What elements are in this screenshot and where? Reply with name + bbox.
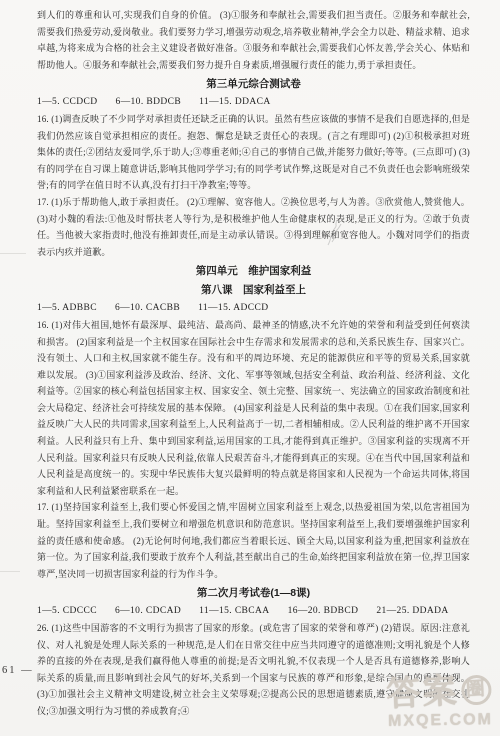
answer-key-line: 1—5. CCDCD6—10. BDDCB11—15. DDACA bbox=[37, 94, 470, 111]
answer-key-line: 1—5. CDCCC6—10. CDCAD11—15. CBCAA16—20. … bbox=[37, 603, 470, 620]
answer-group: 6—10. BDDCB bbox=[115, 97, 181, 107]
page-number: 61 — bbox=[2, 665, 34, 676]
page-content: 到人们的尊重和认可,实现我们自身的价值。 (3)①服务和奉献社会,需要我们担当责… bbox=[37, 7, 470, 720]
answer-group: 16—20. BDBCD bbox=[288, 606, 359, 616]
watermark: 答案 圈 MXQE.COM bbox=[386, 671, 494, 732]
answer-group: 21—25. DDADA bbox=[376, 606, 448, 616]
answer-paragraph: 16. (1)对伟大祖国,她怀有最深厚、最纯洁、最高尚、最神圣的情感,决不允许她… bbox=[37, 317, 470, 500]
answer-key-line: 1—5. ADBBC6—10. CACBB11—15. ADCCD bbox=[37, 300, 470, 317]
answer-key-page: 到人们的尊重和认可,实现我们自身的价值。 (3)①服务和奉献社会,需要我们担当责… bbox=[0, 0, 500, 736]
answer-group: 6—10. CACBB bbox=[115, 303, 180, 313]
answer-group: 6—10. CDCAD bbox=[115, 606, 181, 616]
watermark-brand: 答案 圈 bbox=[386, 671, 493, 712]
pencil-scribble-icon bbox=[322, 218, 348, 248]
answer-paragraph: 17. (1)乐于帮助他人,敢于承担责任。 (2)①理解、宽容他人。②换位思考,… bbox=[37, 194, 470, 260]
answer-group: 1—5. CDCCC bbox=[37, 606, 97, 616]
watermark-brand-text: 答案 bbox=[386, 673, 460, 713]
watermark-site-text: MXQE.COM bbox=[388, 711, 493, 731]
answer-paragraph: 到人们的尊重和认可,实现我们自身的价值。 (3)①服务和奉献社会,需要我们担当责… bbox=[37, 7, 470, 73]
scan-artifact bbox=[0, 571, 20, 572]
answer-group: 11—15. DDACA bbox=[199, 97, 270, 107]
answer-group: 1—5. CCDCD bbox=[37, 97, 97, 107]
section-heading: 第三单元综合测试卷 bbox=[37, 76, 470, 92]
scan-artifact bbox=[0, 253, 26, 254]
watermark-circle-badge: 圈 bbox=[461, 674, 493, 706]
watermark-brand-badge-text: 圈 bbox=[465, 672, 488, 709]
answer-group: 11—15. CBCAA bbox=[199, 606, 269, 616]
answer-group: 1—5. ADBBC bbox=[37, 303, 97, 313]
answer-paragraph: 17. (1)坚持国家利益至上,我们要心怀爱国之情,牢固树立国家利益至上观念,以… bbox=[37, 499, 470, 582]
section-heading: 第八课 国家利益至上 bbox=[37, 282, 470, 298]
section-heading: 第四单元 维护国家利益 bbox=[37, 263, 470, 279]
answer-group: 11—15. ADCCD bbox=[198, 303, 268, 313]
answer-paragraph: 16. (1)调查反映了不少同学对承担责任还缺乏正确的认识。虽然有些应该做的事情… bbox=[37, 111, 470, 194]
section-heading: 第二次月考试卷(1—8课) bbox=[37, 585, 470, 601]
